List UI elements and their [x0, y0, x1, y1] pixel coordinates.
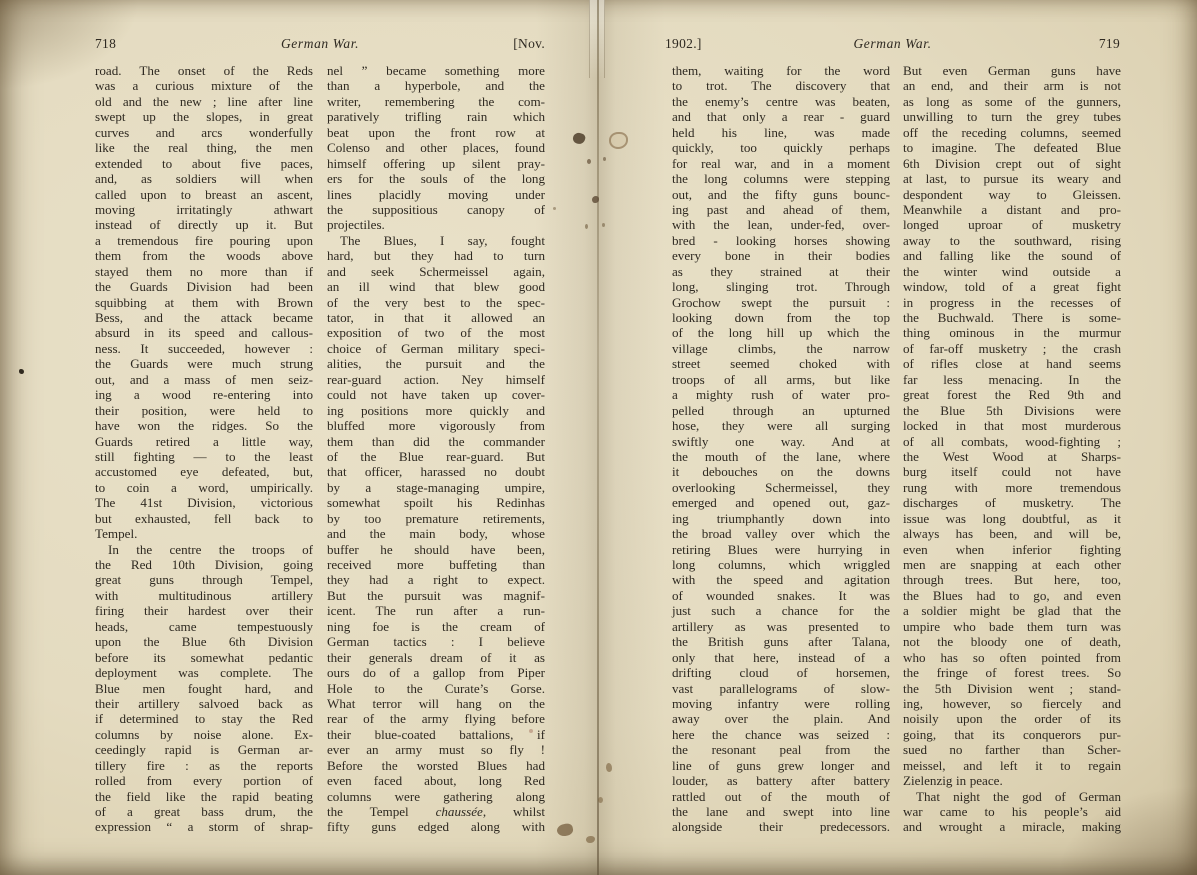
- text-line: The Blues, I say, fought: [327, 233, 545, 248]
- text-line: of all combats, wood-fighting ;: [903, 434, 1121, 449]
- text-line: the field like the rapid beating: [95, 789, 313, 804]
- right-page: 1902.] German War. 719 them, waiting for…: [599, 0, 1197, 875]
- text-line: deployment was complete. The: [95, 665, 313, 680]
- text-line: pelled through an upturned: [672, 403, 890, 418]
- text-line: curves and arcs wonderfully: [95, 125, 313, 140]
- text-line: instead of directly up it. But: [95, 217, 313, 232]
- text-line: himself offering up silent pray-: [327, 156, 545, 171]
- text-line: ing past and ahead of them,: [672, 202, 890, 217]
- left-column-1: road. The onset of the Redswas a curious…: [95, 63, 313, 835]
- text-line: and falling like the sound of: [903, 248, 1121, 263]
- text-line: That night the god of German: [903, 789, 1121, 804]
- text-line: swept up the slopes, in great: [95, 109, 313, 124]
- text-line: the fringe of forest trees. So: [903, 665, 1121, 680]
- text-line: long, slinging trot. Through: [672, 279, 890, 294]
- text-line: retiring Blues were hurrying in: [672, 542, 890, 557]
- text-line: In the centre the troops of: [95, 542, 313, 557]
- text-line: drifting cloud of horsemen,: [672, 665, 890, 680]
- text-line: road. The onset of the Reds: [95, 63, 313, 78]
- text-line: the West Wood at Sharps-: [903, 449, 1121, 464]
- text-line: far less menacing. In the: [903, 372, 1121, 387]
- text-line: and, as soldiers will when: [95, 171, 313, 186]
- text-line: who has so often pointed from: [903, 650, 1121, 665]
- text-line: sued no farther than Scher-: [903, 742, 1121, 757]
- text-line: their artillery salvoed back as: [95, 696, 313, 711]
- text-line: 6th Division crept out of sight: [903, 156, 1121, 171]
- text-line: meissel, and left it to regain: [903, 758, 1121, 773]
- text-line: the enemy’s centre was beaten,: [672, 94, 890, 109]
- text-line: Before the worsted Blues had: [327, 758, 545, 773]
- text-line: heads, came tempestuously: [95, 619, 313, 634]
- text-line: and that only a rear - guard: [672, 109, 890, 124]
- text-line: an ill wind that blew good: [327, 279, 545, 294]
- text-line: only that here, instead of a: [672, 650, 890, 665]
- text-line: of the very best to the spec-: [327, 295, 545, 310]
- text-line: a tremendous fire pouring upon: [95, 233, 313, 248]
- text-line: moving irritatingly athwart: [95, 202, 313, 217]
- text-line: choice of German military speci-: [327, 341, 545, 356]
- text-line: their position, were held to: [95, 403, 313, 418]
- text-line: accustomed eye defeated, but,: [95, 464, 313, 479]
- text-line: ing triumphantly down into: [672, 511, 890, 526]
- right-page-number: 719: [1099, 36, 1120, 52]
- text-line: German tactics : I believe: [327, 634, 545, 649]
- text-line: absurd in its speed and callous-: [95, 325, 313, 340]
- text-line: the lane and swept into line: [672, 804, 890, 819]
- text-line: columns were gathering along: [327, 789, 545, 804]
- text-line: to coin a word, umpirically.: [95, 480, 313, 495]
- left-page: 718 German War. [Nov. road. The onset of…: [0, 0, 598, 875]
- text-line: alities, the pursuit and the: [327, 356, 545, 371]
- text-line: rolled from every portion of: [95, 773, 313, 788]
- text-line: alongside their predecessors.: [672, 819, 890, 834]
- text-line: moving infantry were rolling: [672, 696, 890, 711]
- text-line: ning foe is the cream of: [327, 619, 545, 634]
- text-line: The 41st Division, victorious: [95, 495, 313, 510]
- right-column-1: them, waiting for the wordto trot. The d…: [672, 63, 890, 835]
- text-line: tator, in that it allowed an: [327, 310, 545, 325]
- text-line: street seemed choked with: [672, 356, 890, 371]
- text-line: and seek Schermeissel again,: [327, 264, 545, 279]
- text-line: the resonant peal from the: [672, 742, 890, 757]
- text-line: longed uproar of musketry: [903, 217, 1121, 232]
- text-line: always has been, and will be,: [903, 526, 1121, 541]
- text-line: an end, and their arm is not: [903, 78, 1121, 93]
- text-line: upon the Blue 6th Division: [95, 634, 313, 649]
- text-line: rattled out of the mouth of: [672, 789, 890, 804]
- text-line: ever an army must so fly !: [327, 742, 545, 757]
- text-line: out, and a mass of men seiz-: [95, 372, 313, 387]
- text-line: ing a wood re-entering into: [95, 387, 313, 402]
- text-line: But even German guns have: [903, 63, 1121, 78]
- text-line: Blue men fought hard, and: [95, 681, 313, 696]
- text-line: long columns, which wriggled: [672, 557, 890, 572]
- text-line: at last, to pursue its weary and: [903, 171, 1121, 186]
- text-line: line of guns grew longer and: [672, 758, 890, 773]
- text-line: paratively trifling rain which: [327, 109, 545, 124]
- text-line: ing, however, so fiercely and: [903, 696, 1121, 711]
- text-line: hose, they were all surging: [672, 418, 890, 433]
- text-line: rear of the army flying before: [327, 711, 545, 726]
- text-line: the mouth of the lane, where: [672, 449, 890, 464]
- text-line: and wrought a miracle, making: [903, 819, 1121, 834]
- text-line: as long as some of the gunners,: [903, 94, 1121, 109]
- left-page-number: 718: [95, 36, 116, 52]
- text-line: by a stage-managing umpire,: [327, 480, 545, 495]
- text-line: louder, as battery after battery: [672, 773, 890, 788]
- text-line: somewhat spoilt his Redinhas: [327, 495, 545, 510]
- text-line: despondent way to Gleissen.: [903, 187, 1121, 202]
- text-line: Hole to the Curate’s Gorse.: [327, 681, 545, 696]
- text-line: extended to about five paces,: [95, 156, 313, 171]
- text-line: Meanwhile a distant and pro-: [903, 202, 1121, 217]
- text-line: to imagine. The defeated Blue: [903, 140, 1121, 155]
- text-line: columns by noise alone. Ex-: [95, 727, 313, 742]
- left-running-head: 718 German War. [Nov.: [95, 36, 545, 52]
- text-line: if determined to stay the Red: [95, 711, 313, 726]
- text-line: icent. The run after a run-: [327, 603, 545, 618]
- text-line: locked in that most murderous: [903, 418, 1121, 433]
- text-line: men are snapping at each other: [903, 557, 1121, 572]
- text-line: projectiles.: [327, 217, 545, 232]
- text-line: bred - looking horses showing: [672, 233, 890, 248]
- text-line: noisily upon the order of its: [903, 711, 1121, 726]
- text-line: off the receding columns, seemed: [903, 125, 1121, 140]
- text-line: the Blues had to go, and even: [903, 588, 1121, 603]
- text-line: away over the plain. And: [672, 711, 890, 726]
- text-line: their generals dream of it as: [327, 650, 545, 665]
- text-line: emerged and opened out, gaz-: [672, 495, 890, 510]
- text-line: ours do of a gallop from Piper: [327, 665, 545, 680]
- right-running-head: 1902.] German War. 719: [665, 36, 1120, 52]
- text-line: old and the new ; line after line: [95, 94, 313, 109]
- text-line: expression “ a storm of shrap-: [95, 819, 313, 834]
- text-line: held his line, was made: [672, 125, 890, 140]
- text-line: Bess, and the attack became: [95, 310, 313, 325]
- text-line: stayed them no more than if: [95, 264, 313, 279]
- right-page-columns: them, waiting for the wordto trot. The d…: [672, 63, 1121, 835]
- text-line: could not have taken up cover-: [327, 387, 545, 402]
- text-line: of rifles close at hand seems: [903, 356, 1121, 371]
- text-line: squibbing at them with Brown: [95, 295, 313, 310]
- text-line: thing ominous in the murmur: [903, 325, 1121, 340]
- text-line: them, waiting for the word: [672, 63, 890, 78]
- text-line: fifty guns edged along with: [327, 819, 545, 834]
- text-line: ers for the souls of the long: [327, 171, 545, 186]
- text-line: What terror will hang on the: [327, 696, 545, 711]
- text-line: the British guns after Talana,: [672, 634, 890, 649]
- text-line: village climbs, the narrow: [672, 341, 890, 356]
- text-line: Zielenzig in peace.: [903, 773, 1121, 788]
- text-line: the Red 10th Division, going: [95, 557, 313, 572]
- text-line: Tempel.: [95, 526, 313, 541]
- left-issue-label: [Nov.: [513, 36, 545, 52]
- text-line: quickly, too quickly perhaps: [672, 140, 890, 155]
- text-line: bluffed more vigorously from: [327, 418, 545, 433]
- text-line: their blue-coated battalions, if: [327, 727, 545, 742]
- text-line: lines placidly moving under: [327, 187, 545, 202]
- text-line: and the main body, whose: [327, 526, 545, 541]
- text-line: received more buffeting than: [327, 557, 545, 572]
- text-line: war came to his people’s aid: [903, 804, 1121, 819]
- text-line: burg itself could not have: [903, 464, 1121, 479]
- text-line: great guns through Tempel,: [95, 572, 313, 587]
- text-line: rear-guard action. Ney himself: [327, 372, 545, 387]
- text-line: here the chance was seized :: [672, 727, 890, 742]
- text-line: they had a right to expect.: [327, 572, 545, 587]
- text-line: tillery fire : as the reports: [95, 758, 313, 773]
- text-line: away to the southward, rising: [903, 233, 1121, 248]
- text-line: the Guards were much strung: [95, 356, 313, 371]
- text-line: window, told of a great fight: [903, 279, 1121, 294]
- text-line: troops of all arms, but like: [672, 372, 890, 387]
- text-line: in progress in the recesses of: [903, 295, 1121, 310]
- text-line: ness. It succeeded, however :: [95, 341, 313, 356]
- text-line: discharges of musketry. The: [903, 495, 1121, 510]
- text-line: looking down from the top: [672, 310, 890, 325]
- text-line: the Blue 5th Divisions were: [903, 403, 1121, 418]
- text-line: ceedingly rapid is German ar-: [95, 742, 313, 757]
- text-line: of the Blue rear-guard. But: [327, 449, 545, 464]
- text-line: with multitudinous artillery: [95, 588, 313, 603]
- text-line: before its somewhat pedantic: [95, 650, 313, 665]
- text-line: of a great bass drum, the: [95, 804, 313, 819]
- text-line: to trot. The discovery that: [672, 78, 890, 93]
- left-page-columns: road. The onset of the Redswas a curious…: [95, 63, 545, 835]
- text-line: just such a chance for the: [672, 603, 890, 618]
- text-line: for real war, and in a moment: [672, 156, 890, 171]
- left-column-2: nel ” became something morethan a hyperb…: [327, 63, 545, 835]
- text-line: great forest the Red 9th and: [903, 387, 1121, 402]
- text-line: a mighty rush of water pro-: [672, 387, 890, 402]
- text-line: Grochow swept the pursuit :: [672, 295, 890, 310]
- text-line: the long columns were stepping: [672, 171, 890, 186]
- right-running-title: German War.: [853, 36, 931, 52]
- text-line: even when inferior fighting: [903, 542, 1121, 557]
- text-line: hard, but they had to turn: [327, 248, 545, 263]
- text-line: the broad valley over which the: [672, 526, 890, 541]
- text-line: of wounded snakes. It was: [672, 588, 890, 603]
- text-line: of far-off musketry ; the crash: [903, 341, 1121, 356]
- text-line: of the long hill up which the: [672, 325, 890, 340]
- text-line: artillery as was presented to: [672, 619, 890, 634]
- text-line: the Buchwald. There is some-: [903, 310, 1121, 325]
- text-line: that officer, harassed no doubt: [327, 464, 545, 479]
- text-line: nel ” became something more: [327, 63, 545, 78]
- text-line: unwilling to turn the grey tubes: [903, 109, 1121, 124]
- text-line: firing their hardest over their: [95, 603, 313, 618]
- text-line: exposition of two of the most: [327, 325, 545, 340]
- text-line: umpire who bade them turn was: [903, 619, 1121, 634]
- text-line: Guards retired a little way,: [95, 434, 313, 449]
- text-line: even faced about, long Red: [327, 773, 545, 788]
- text-line: but exhausted, fell back to: [95, 511, 313, 526]
- text-line: have won the ridges. So the: [95, 418, 313, 433]
- text-line: by too premature retirements,: [327, 511, 545, 526]
- text-line: through trees. But here, too,: [903, 572, 1121, 587]
- text-line: out, and the fifty guns bounc-: [672, 187, 890, 202]
- text-line: swiftly one way. And at: [672, 434, 890, 449]
- text-line: with the speed and agitation: [672, 572, 890, 587]
- text-line: the 5th Division went ; stand-: [903, 681, 1121, 696]
- left-running-title: German War.: [281, 36, 359, 52]
- text-line: like the real thing, the men: [95, 140, 313, 155]
- text-line: buffer he should have been,: [327, 542, 545, 557]
- text-line: as they strained at their: [672, 264, 890, 279]
- text-line: than a hyperbole, and the: [327, 78, 545, 93]
- text-line: them than did the commander: [327, 434, 545, 449]
- text-line: rung with more tremendous: [903, 480, 1121, 495]
- text-line: every bone in their bodies: [672, 248, 890, 263]
- text-line: called upon to breast an ascent,: [95, 187, 313, 202]
- text-line: Colenso and other places, found: [327, 140, 545, 155]
- text-line: vast parallelograms of slow-: [672, 681, 890, 696]
- text-line: was a curious mixture of the: [95, 78, 313, 93]
- text-line: overlooking Schermeissel, they: [672, 480, 890, 495]
- text-line: beat upon the front row at: [327, 125, 545, 140]
- text-line: with the lean, under-fed, over-: [672, 217, 890, 232]
- text-line: writer, remembering the com-: [327, 94, 545, 109]
- text-line: the suppositious canopy of: [327, 202, 545, 217]
- text-line: a soldier might be glad that the: [903, 603, 1121, 618]
- text-line: the Tempel chaussée, whilst: [327, 804, 545, 819]
- text-line: ing positions more quickly and: [327, 403, 545, 418]
- text-line: them from the woods above: [95, 248, 313, 263]
- text-line: the winter wind outside a: [903, 264, 1121, 279]
- text-line: still fighting — to the least: [95, 449, 313, 464]
- text-line: But the pursuit was magnif-: [327, 588, 545, 603]
- text-line: issue was long doubtful, as it: [903, 511, 1121, 526]
- text-line: the Guards Division had been: [95, 279, 313, 294]
- text-line: not the bloody one of death,: [903, 634, 1121, 649]
- text-line: it debouches on the downs: [672, 464, 890, 479]
- right-column-2: But even German guns havean end, and the…: [903, 63, 1121, 835]
- book-scan: 718 German War. [Nov. road. The onset of…: [0, 0, 1197, 875]
- text-line: going, that its conquerors pur-: [903, 727, 1121, 742]
- right-issue-label: 1902.]: [665, 36, 702, 52]
